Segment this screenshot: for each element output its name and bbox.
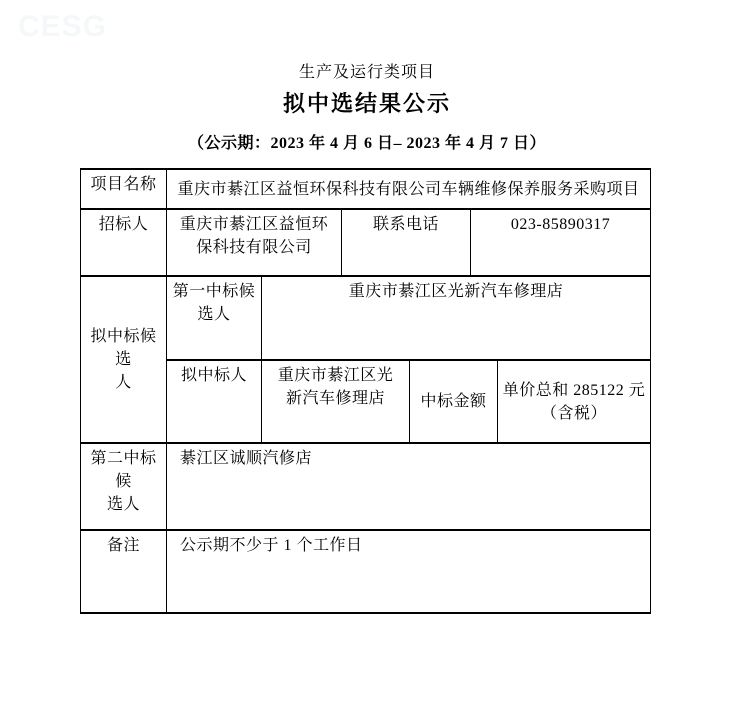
first-candidate-name-cell: 重庆市綦江区光新汽车修理店	[262, 276, 651, 360]
contact-label-cell: 联系电话	[342, 209, 471, 276]
remarks-value-cell: 公示期不少于 1 个工作日	[167, 530, 651, 613]
publicity-period-line: （公示期：2023 年 4 月 6 日– 2023 年 4 月 7 日）	[0, 134, 734, 153]
contact-phone-cell: 023-85890317	[471, 209, 651, 276]
proposed-winner-name-cell: 重庆市綦江区光 新汽车修理店	[262, 360, 410, 443]
remarks-label-cell: 备注	[81, 530, 167, 613]
tenderer-name-cell: 重庆市綦江区益恒环 保科技有限公司	[167, 209, 342, 276]
proposed-winner-label-cell: 拟中标人	[167, 360, 262, 443]
award-amount-value-cell: 单价总和 285122 元 （含税）	[498, 360, 651, 443]
table-row: 拟中标候选 人 第一中标候 选人 重庆市綦江区光新汽车修理店	[81, 276, 651, 360]
second-candidate-label-cell: 第二中标候 选人	[81, 443, 167, 530]
table-row: 第二中标候 选人 綦江区诚顺汽修店	[81, 443, 651, 530]
first-candidate-label-cell: 第一中标候 选人	[167, 276, 262, 360]
cesg-watermark: CESG	[18, 10, 107, 44]
project-name-value-cell: 重庆市綦江区益恒环保科技有限公司车辆维修保养服务采购项目	[167, 169, 651, 209]
project-category-line: 生产及运行类项目	[0, 0, 734, 81]
page-title: 拟中选结果公示	[0, 90, 734, 117]
table-row: 备注 公示期不少于 1 个工作日	[81, 530, 651, 613]
document-header: 生产及运行类项目 拟中选结果公示 （公示期：2023 年 4 月 6 日– 20…	[0, 0, 734, 153]
project-name-label-cell: 项目名称	[81, 169, 167, 209]
table-row: 项目名称 重庆市綦江区益恒环保科技有限公司车辆维修保养服务采购项目	[81, 169, 651, 209]
candidates-label-cell: 拟中标候选 人	[81, 276, 167, 443]
tenderer-label-cell: 招标人	[81, 209, 167, 276]
award-amount-label-cell: 中标金额	[410, 360, 498, 443]
result-table: 项目名称 重庆市綦江区益恒环保科技有限公司车辆维修保养服务采购项目 招标人 重庆…	[80, 168, 651, 614]
second-candidate-name-cell: 綦江区诚顺汽修店	[167, 443, 651, 530]
table-row: 招标人 重庆市綦江区益恒环 保科技有限公司 联系电话 023-85890317	[81, 209, 651, 276]
table-row: 拟中标人 重庆市綦江区光 新汽车修理店 中标金额 单价总和 285122 元 （…	[81, 360, 651, 443]
